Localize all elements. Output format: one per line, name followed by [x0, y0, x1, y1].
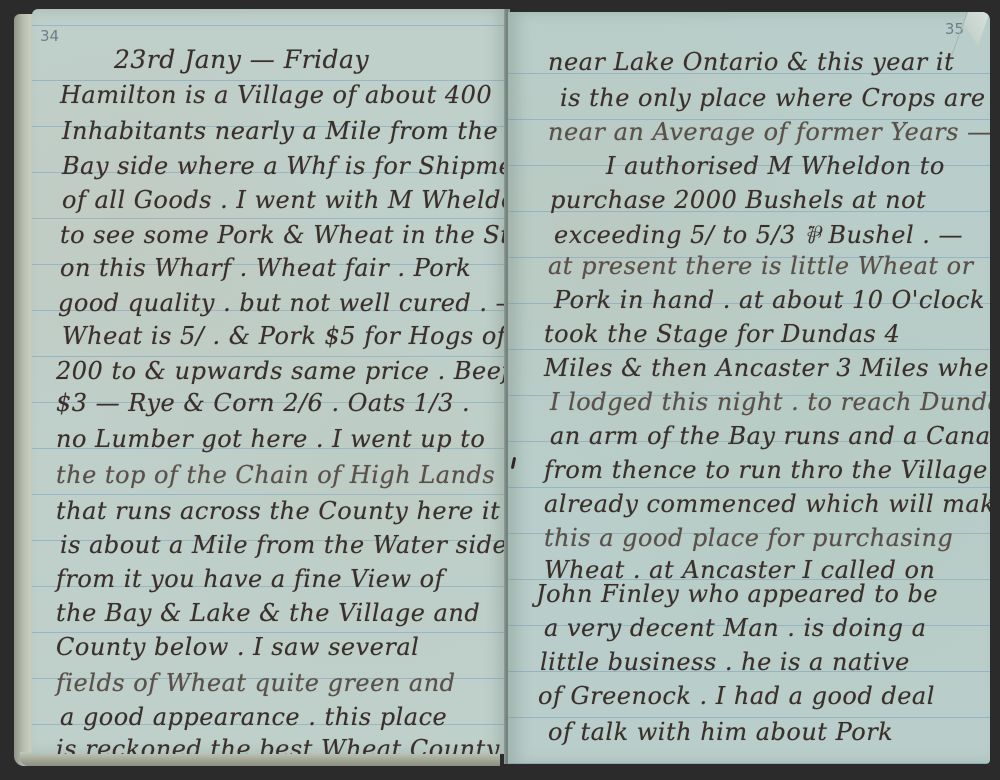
handwritten-line: Pork in hand . at about 10 O'clock	[554, 286, 985, 314]
handwritten-line: John Finley who appeared to be	[536, 580, 938, 608]
handwritten-line: an arm of the Bay runs and a Canal	[550, 422, 990, 450]
handwritten-line: from thence to run thro the Village is	[544, 456, 990, 484]
handwritten-line: to see some Pork & Wheat in the Store	[60, 221, 506, 249]
handwritten-line: $3 — Rye & Corn 2/6 . Oats 1/3 .	[56, 389, 470, 417]
handwritten-line: is the only place where Crops are	[560, 84, 986, 112]
diary-entry-heading: 23rd Jany — Friday	[114, 45, 369, 74]
handwritten-line: exceeding 5/ to 5/3 ⅌ Bushel . —	[554, 218, 963, 251]
handwritten-line: fields of Wheat quite green and	[56, 669, 456, 697]
handwritten-line: took the Stage for Dundas 4	[544, 320, 900, 348]
handwritten-line: at present there is little Wheat or	[548, 252, 974, 280]
handwritten-line: already commenced which will make	[544, 490, 990, 518]
handwritten-line: Miles & then Ancaster 3 Miles where	[544, 354, 990, 382]
handwritten-line: Bay side where a Whf is for Shipment	[62, 152, 506, 180]
handwritten-line: I authorised M Wheldon to	[606, 152, 945, 180]
handwritten-line: of Greenock . I had a good deal	[538, 682, 935, 710]
handwritten-line: 200 to & upwards same price . Beef	[56, 357, 506, 385]
handwritten-line: no Lumber got here . I went up to	[56, 425, 485, 453]
handwritten-line: little business . he is a native	[540, 648, 910, 676]
right-page: 35 near Lake Ontario & this year it is t…	[508, 12, 990, 764]
handwritten-line: Wheat is 5/ . & Pork $5 for Hogs of	[62, 322, 506, 350]
left-page: 34 23rd Jany — Friday Hamilton is a Vill…	[32, 9, 506, 754]
handwritten-line: is about a Mile from the Water side &	[60, 531, 506, 559]
handwritten-line: the Bay & Lake & the Village and	[56, 599, 480, 627]
handwritten-line: on this Wharf . Wheat fair . Pork	[60, 254, 471, 282]
handwritten-line: purchase 2000 Bushels at not	[550, 186, 926, 214]
handwritten-line: this a good place for purchasing	[544, 524, 953, 552]
handwritten-line: that runs across the County here it	[56, 497, 500, 525]
handwritten-line: near an Average of former Years —	[548, 118, 990, 146]
handwritten-line: of talk with him about Pork	[548, 718, 893, 746]
handwritten-line: Inhabitants nearly a Mile from the	[62, 117, 498, 145]
handwritten-line: is reckoned the best Wheat County	[56, 735, 500, 754]
handwritten-line: County below . I saw several	[56, 633, 419, 661]
handwritten-line: a good appearance . this place	[60, 703, 447, 731]
handwritten-line: near Lake Ontario & this year it	[548, 48, 954, 76]
handwritten-line: of all Goods . I went with M Wheldon	[62, 186, 506, 214]
handwritten-line: from it you have a fine View of	[56, 565, 444, 593]
page-stack-bottom-edge	[20, 752, 500, 766]
handwritten-line: Hamilton is a Village of about 400	[60, 81, 492, 109]
handwritten-line: a very decent Man . is doing a	[544, 614, 926, 642]
right-page-text: near Lake Ontario & this year it is the …	[508, 12, 990, 764]
handwritten-line: the top of the Chain of High Lands	[56, 461, 495, 489]
handwritten-line: good quality . but not well cured . —	[58, 289, 506, 317]
handwritten-line: I lodged this night . to reach Dundas	[550, 388, 990, 416]
left-page-text: 23rd Jany — Friday Hamilton is a Village…	[32, 9, 506, 754]
